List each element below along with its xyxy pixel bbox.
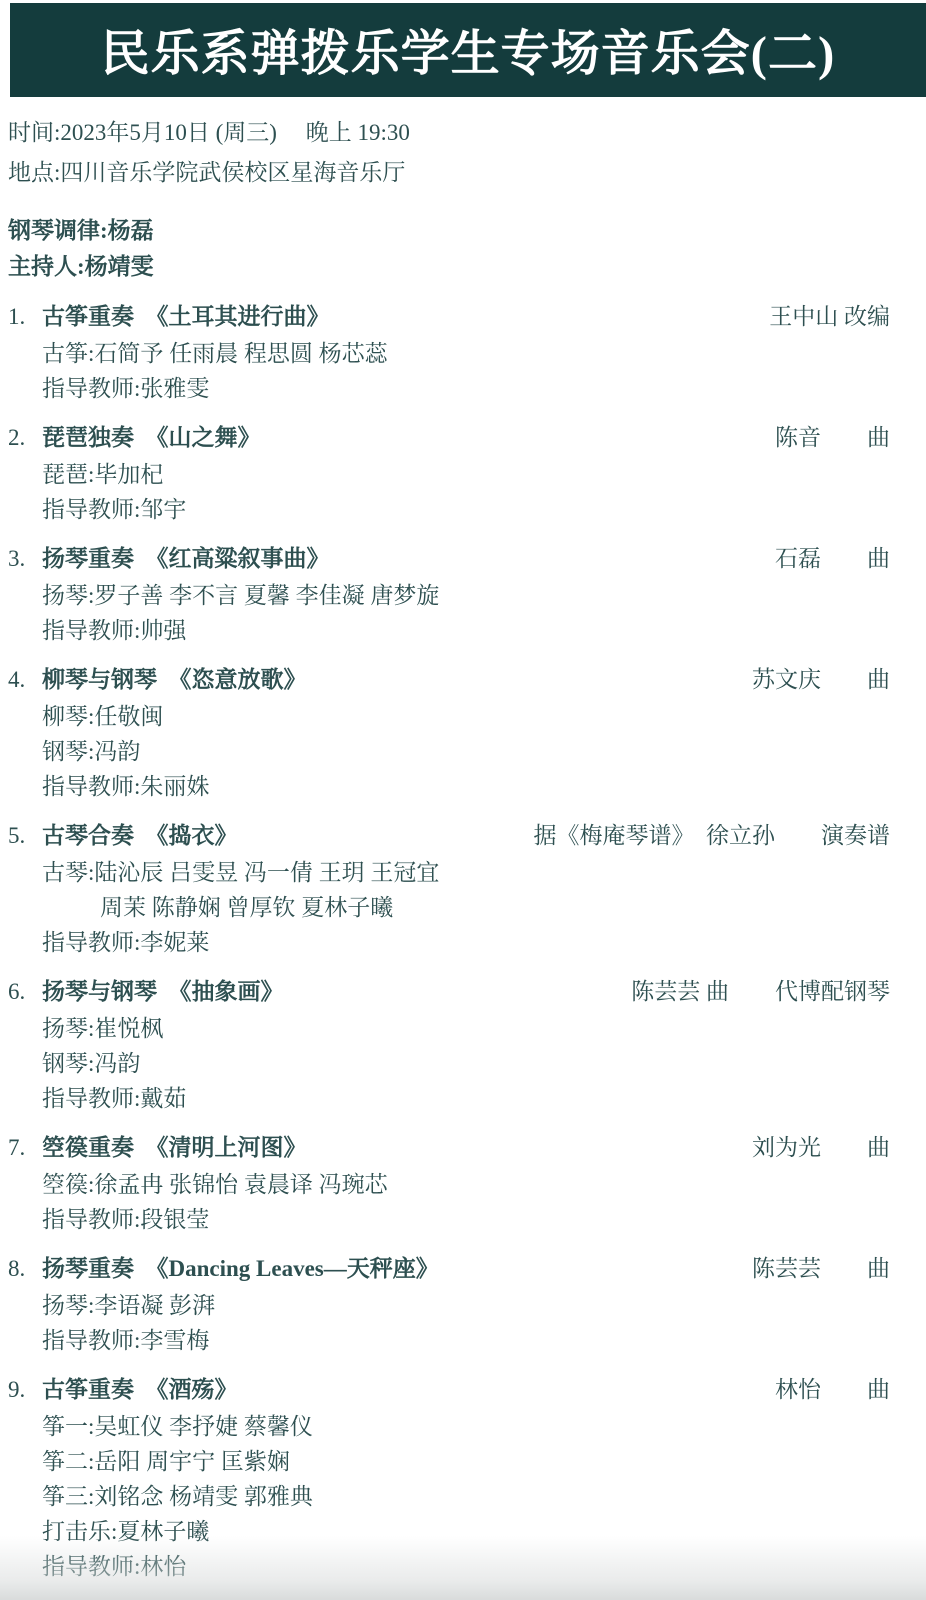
program-item-1: 1. 古筝重奏 《土耳其进行曲》 王中山 改编 古筝:石简予 任雨晨 程思圆 杨… <box>8 298 890 406</box>
performer-line: 古琴:陆沁辰 吕雯昱 冯一倩 王玥 王冠宜 <box>8 855 890 890</box>
performer-line: 箜篌:徐孟冉 张锦怡 袁晨译 冯琬芯 <box>8 1167 890 1202</box>
program-item-2: 2. 琵琶独奏 《山之舞》 陈音 曲 琵琶:毕加杞 指导教师:邹宇 <box>8 419 890 527</box>
performer-line: 筝二:岳阳 周宇宁 匡紫娴 <box>8 1444 890 1479</box>
event-credits: 钢琴调律:杨磊 主持人:杨靖雯 <box>8 213 890 285</box>
program-item-head: 6. 扬琴与钢琴 《抽象画》 陈芸芸 曲 代博配钢琴 <box>8 973 890 1011</box>
item-number: 4. <box>8 661 42 699</box>
composer-attribution: 刘为光 曲 <box>752 1129 890 1167</box>
piece-title: 扬琴重奏 《Dancing Leaves—天秤座》 <box>42 1250 752 1288</box>
program-item-7: 7. 箜篌重奏 《清明上河图》 刘为光 曲 箜篌:徐孟冉 张锦怡 袁晨译 冯琬芯… <box>8 1129 890 1237</box>
performer-line: 钢琴:冯韵 <box>8 734 890 769</box>
event-venue: 地点:四川音乐学院武侯校区星海音乐厅 <box>8 153 890 193</box>
composer-attribution: 陈芸芸 曲 <box>752 1250 890 1288</box>
piece-title: 琵琶独奏 《山之舞》 <box>42 419 775 457</box>
host-line: 主持人:杨靖雯 <box>8 249 890 285</box>
performer-line: 钢琴:冯韵 <box>8 1046 890 1081</box>
program-item-9: 9. 古筝重奏 《酒殇》 林怡 曲 筝一:吴虹仪 李抒婕 蔡馨仪 筝二:岳阳 周… <box>8 1371 890 1584</box>
instructor-line: 指导教师:戴茹 <box>8 1081 890 1116</box>
program-item-head: 4. 柳琴与钢琴 《恣意放歌》 苏文庆 曲 <box>8 661 890 699</box>
performer-line: 琵琶:毕加杞 <box>8 457 890 492</box>
item-number: 3. <box>8 540 42 578</box>
program-item-head: 8. 扬琴重奏 《Dancing Leaves—天秤座》 陈芸芸 曲 <box>8 1250 890 1288</box>
composer-attribution: 陈音 曲 <box>775 419 890 457</box>
event-info: 时间:2023年5月10日 (周三) 晚上 19:30 地点:四川音乐学院武侯校… <box>8 113 890 193</box>
performer-line: 筝一:吴虹仪 李抒婕 蔡馨仪 <box>8 1409 890 1444</box>
composer-attribution: 据《梅庵琴谱》 徐立孙 演奏谱 <box>534 817 891 855</box>
piece-title: 扬琴与钢琴 《抽象画》 <box>42 973 631 1011</box>
performer-line: 筝三:刘铭念 杨靖雯 郭雅典 <box>8 1479 890 1514</box>
item-number: 5. <box>8 817 42 855</box>
program-list: 1. 古筝重奏 《土耳其进行曲》 王中山 改编 古筝:石简予 任雨晨 程思圆 杨… <box>8 298 890 1584</box>
program-item-6: 6. 扬琴与钢琴 《抽象画》 陈芸芸 曲 代博配钢琴 扬琴:崔悦枫 钢琴:冯韵 … <box>8 973 890 1116</box>
page-title: 民乐系弹拨乐学生专场音乐会(二) <box>101 15 836 85</box>
item-number: 9. <box>8 1371 42 1409</box>
instructor-line: 指导教师:李妮莱 <box>8 925 890 960</box>
piece-title: 古琴合奏 《捣衣》 <box>42 817 534 855</box>
performer-line-continued: 周茉 陈静娴 曾厚钦 夏林子曦 <box>8 890 890 925</box>
piece-title: 古筝重奏 《酒殇》 <box>42 1371 775 1409</box>
piece-title: 扬琴重奏 《红高粱叙事曲》 <box>42 540 775 578</box>
item-number: 8. <box>8 1250 42 1288</box>
program-item-head: 7. 箜篌重奏 《清明上河图》 刘为光 曲 <box>8 1129 890 1167</box>
program-item-4: 4. 柳琴与钢琴 《恣意放歌》 苏文庆 曲 柳琴:任敬闽 钢琴:冯韵 指导教师:… <box>8 661 890 804</box>
item-number: 7. <box>8 1129 42 1167</box>
header-banner: 民乐系弹拨乐学生专场音乐会(二) <box>10 3 926 97</box>
composer-attribution: 王中山 改编 <box>769 298 890 336</box>
instructor-line: 指导教师:段银莹 <box>8 1202 890 1237</box>
performer-line: 打击乐:夏林子曦 <box>8 1514 890 1549</box>
instructor-line: 指导教师:帅强 <box>8 613 890 648</box>
program-item-8: 8. 扬琴重奏 《Dancing Leaves—天秤座》 陈芸芸 曲 扬琴:李语… <box>8 1250 890 1358</box>
composer-attribution: 苏文庆 曲 <box>752 661 890 699</box>
item-number: 2. <box>8 419 42 457</box>
program-item-5: 5. 古琴合奏 《捣衣》 据《梅庵琴谱》 徐立孙 演奏谱 古琴:陆沁辰 吕雯昱 … <box>8 817 890 960</box>
performer-line: 柳琴:任敬闽 <box>8 699 890 734</box>
performer-line: 扬琴:罗子善 李不言 夏馨 李佳凝 唐梦旋 <box>8 578 890 613</box>
piece-title: 古筝重奏 《土耳其进行曲》 <box>42 298 769 336</box>
piano-tuner-line: 钢琴调律:杨磊 <box>8 213 890 249</box>
composer-attribution: 林怡 曲 <box>775 1371 890 1409</box>
instructor-line: 指导教师:李雪梅 <box>8 1323 890 1358</box>
program-item-head: 2. 琵琶独奏 《山之舞》 陈音 曲 <box>8 419 890 457</box>
performer-line: 扬琴:李语凝 彭湃 <box>8 1288 890 1323</box>
item-number: 1. <box>8 298 42 336</box>
piece-title: 柳琴与钢琴 《恣意放歌》 <box>42 661 752 699</box>
program-document: 时间:2023年5月10日 (周三) 晚上 19:30 地点:四川音乐学院武侯校… <box>0 97 926 1584</box>
instructor-line: 指导教师:林怡 <box>8 1549 890 1584</box>
performer-line: 古筝:石简予 任雨晨 程思圆 杨芯蕊 <box>8 336 890 371</box>
instructor-line: 指导教师:朱丽姝 <box>8 769 890 804</box>
instructor-line: 指导教师:邹宇 <box>8 492 890 527</box>
program-item-head: 9. 古筝重奏 《酒殇》 林怡 曲 <box>8 1371 890 1409</box>
piece-title: 箜篌重奏 《清明上河图》 <box>42 1129 752 1167</box>
item-number: 6. <box>8 973 42 1011</box>
program-item-head: 3. 扬琴重奏 《红高粱叙事曲》 石磊 曲 <box>8 540 890 578</box>
program-item-head: 1. 古筝重奏 《土耳其进行曲》 王中山 改编 <box>8 298 890 336</box>
composer-attribution: 石磊 曲 <box>775 540 890 578</box>
event-time: 时间:2023年5月10日 (周三) 晚上 19:30 <box>8 113 890 153</box>
performer-line: 扬琴:崔悦枫 <box>8 1011 890 1046</box>
program-item-head: 5. 古琴合奏 《捣衣》 据《梅庵琴谱》 徐立孙 演奏谱 <box>8 817 890 855</box>
composer-attribution: 陈芸芸 曲 代博配钢琴 <box>631 973 890 1011</box>
program-item-3: 3. 扬琴重奏 《红高粱叙事曲》 石磊 曲 扬琴:罗子善 李不言 夏馨 李佳凝 … <box>8 540 890 648</box>
instructor-line: 指导教师:张雅雯 <box>8 371 890 406</box>
